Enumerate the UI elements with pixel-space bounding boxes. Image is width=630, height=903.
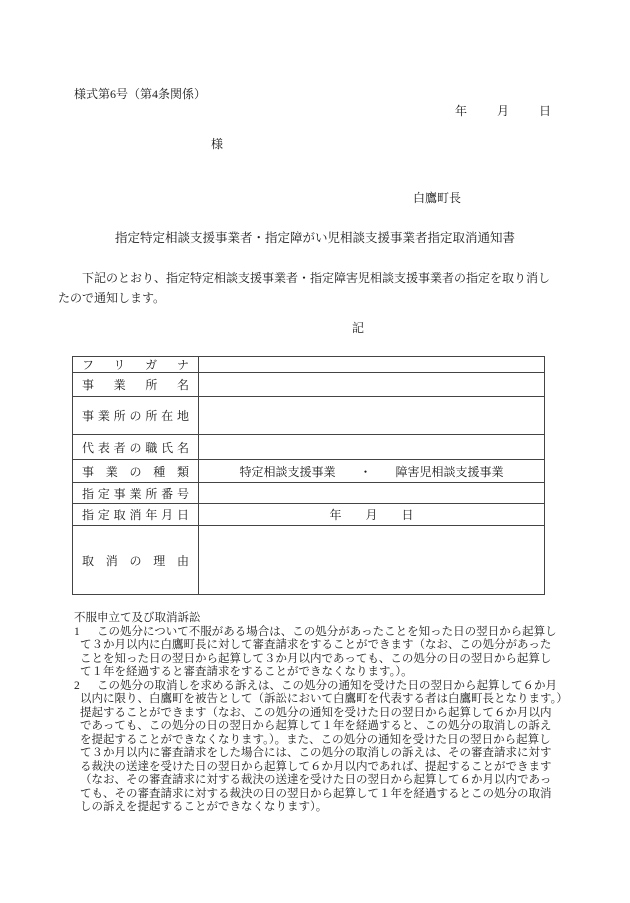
row-label-office-address: 事業所の所在地 xyxy=(73,397,199,434)
note-line: を提起することができなくなります。）。また、この処分の通知を受けた日の翌日から起… xyxy=(74,734,574,748)
note-line: 2この処分の取消しを求める訴えは、この処分の通知を受けた日の翌日から起算して６か… xyxy=(74,680,574,694)
row-label-text: 事業所の所在地 xyxy=(82,407,189,424)
table-row-office-number: 指定事業所番号 xyxy=(73,483,544,504)
row-value-cancellation-date: 年 月 日 xyxy=(199,504,544,525)
note-line: （なお、その審査請求に対する裁決の送達を受けた日の翌日から起算して６か月以内であ… xyxy=(74,774,574,788)
row-label-text: 代表者の職氏名 xyxy=(82,439,189,456)
issue-date-blank: 年 月 日 xyxy=(455,102,553,119)
body-line: 下記のとおり、指定特定相談支援事業者・指定障害児相談支援事業者の指定を取り消し xyxy=(58,268,570,288)
note-line: ても、その審査請求に対する裁決の日の翌日から起算して１年を経過するとこの処分の取… xyxy=(74,788,574,802)
notes-heading: 不服申立て及び取消訴訟 xyxy=(74,612,574,626)
note-line: る裁決の送達を受けた日の翌日から起算して６か月以内であれば、提起することができま… xyxy=(74,761,574,775)
note-item-number: 1 xyxy=(74,626,97,640)
row-label-business-type: 事業の種類 xyxy=(73,460,199,482)
row-value-office-name xyxy=(199,373,544,396)
table-row-office-address: 事業所の所在地 xyxy=(73,397,544,435)
issuer-name: 白鷹町長 xyxy=(413,189,461,206)
row-value-business-type: 特定相談支援事業 ・ 障害児相談支援事業 xyxy=(199,460,544,482)
addressee-honorific: 様 xyxy=(211,135,223,152)
designation-table: フリガナ 事業所名 事業所の所在地 代表者の職氏名 事業の種類 特定相談支援事業… xyxy=(72,356,545,595)
row-label-office-number: 指定事業所番号 xyxy=(73,483,199,503)
body-paragraph: 下記のとおり、指定特定相談支援事業者・指定障害児相談支援事業者の指定を取り消し … xyxy=(58,268,570,308)
note-text: この処分について不服がある場合は、この処分があったことを知った日の翌日から起算し xyxy=(97,626,557,638)
row-label-text: 取消の理由 xyxy=(82,552,189,569)
document-page: 様式第6号（第4条関係） 年 月 日 様 白鷹町長 指定特定相談支援事業者・指定… xyxy=(0,0,630,903)
appeal-notes: 不服申立て及び取消訴訟 1この処分について不服がある場合は、この処分があったこと… xyxy=(74,612,574,815)
row-label-text: 指定事業所番号 xyxy=(82,485,189,502)
table-row-furigana: フリガナ xyxy=(73,357,544,373)
row-label-text: 事業所名 xyxy=(82,376,189,393)
row-label-text: 指定取消年月日 xyxy=(82,506,189,523)
form-number-label: 様式第6号（第4条関係） xyxy=(74,85,206,102)
record-heading: 記 xyxy=(352,319,364,336)
row-value-office-number xyxy=(199,483,544,503)
note-line: しの訴えを提起することができなくなります）。 xyxy=(74,801,574,815)
row-label-furigana: フリガナ xyxy=(73,357,199,372)
row-value-cancellation-reason xyxy=(199,526,544,594)
note-line: て３か月以内に白鷹町長に対して審査請求をすることができます（なお、この処分があっ… xyxy=(74,639,574,653)
note-line: 1この処分について不服がある場合は、この処分があったことを知った日の翌日から起算… xyxy=(74,626,574,640)
body-line: たので通知します。 xyxy=(58,288,570,308)
document-title: 指定特定相談支援事業者・指定障がい児相談支援事業者指定取消通知書 xyxy=(0,228,630,246)
table-row-office-name: 事業所名 xyxy=(73,373,544,397)
row-value-furigana xyxy=(199,357,544,372)
row-value-office-address xyxy=(199,397,544,434)
note-line: ことを知った日の翌日から起算して３か月以内であっても、この処分の日の翌日から起算… xyxy=(74,653,574,667)
note-line: て１年を経過すると審査請求をすることができなくなります。）。 xyxy=(74,666,574,680)
note-text: この処分の取消しを求める訴えは、この処分の通知を受けた日の翌日から起算して６か月 xyxy=(97,680,557,692)
note-item-number: 2 xyxy=(74,680,97,694)
table-row-cancellation-reason: 取消の理由 xyxy=(73,526,544,594)
note-line: であっても、この処分の日の翌日から起算して１年を経過すると、この処分の取消しの訴… xyxy=(74,720,574,734)
note-line: 以内に限り、白鷹町を被告として（訴訟において白鷹町を代表する者は白鷹町長となりま… xyxy=(74,693,574,707)
row-label-text: フリガナ xyxy=(82,356,189,373)
row-label-representative: 代表者の職氏名 xyxy=(73,435,199,459)
row-label-office-name: 事業所名 xyxy=(73,373,199,396)
table-row-business-type: 事業の種類 特定相談支援事業 ・ 障害児相談支援事業 xyxy=(73,460,544,483)
note-line: 提起することができます（なお、この処分の通知を受けた日の翌日から起算して６か月以… xyxy=(74,707,574,721)
row-label-cancellation-reason: 取消の理由 xyxy=(73,526,199,594)
row-label-cancellation-date: 指定取消年月日 xyxy=(73,504,199,525)
table-row-representative: 代表者の職氏名 xyxy=(73,435,544,460)
note-line: て３か月以内に審査請求をした場合には、この処分の取消しの訴えは、その審査請求に対… xyxy=(74,747,574,761)
row-value-representative xyxy=(199,435,544,459)
row-label-text: 事業の種類 xyxy=(82,463,189,480)
table-row-cancellation-date: 指定取消年月日 年 月 日 xyxy=(73,504,544,526)
